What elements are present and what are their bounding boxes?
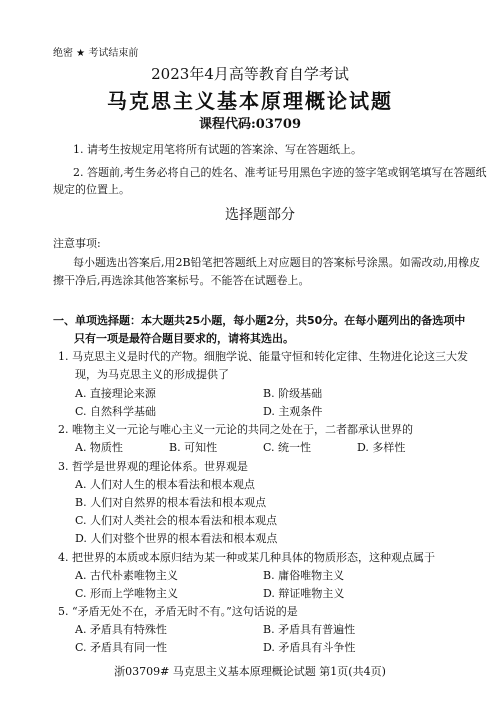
question-5-option-a: A. 矛盾具有特殊性 (75, 621, 167, 637)
question-5-option-c: C. 矛盾具有同一性 (75, 639, 167, 655)
question-5-option-d: D. 矛盾具有斗争性 (263, 639, 355, 655)
question-4-option-a: A. 古代朴素唯物主义 (75, 567, 178, 583)
question-1-option-d: D. 主观条件 (263, 403, 322, 419)
question-3-option-c: C. 人们对人类社会的根本看法和根本观点 (75, 512, 277, 528)
question-2-option-d: D. 多样性 (357, 439, 405, 455)
question-1-option-b: B. 阶级基础 (263, 385, 322, 401)
question-1-option-c: C. 自然科学基础 (75, 403, 156, 419)
paper-title: 马克思主义基本原理概论试题 (0, 85, 500, 114)
question-1-stem: 1. 马克思主义是时代的产物。细胞学说、能量守恒和转化定律、生物进化论这三大发 (58, 348, 468, 364)
question-2-stem: 2. 唯物主义一元论与唯心主义一元论的共同之处在于，二者都承认世界的 (58, 421, 413, 437)
question-3-option-d: D. 人们对整个世界的根本看法和根本观点 (75, 530, 277, 546)
question-2-option-c: C. 统一性 (263, 439, 311, 455)
section-title: 选择题部分 (0, 204, 500, 224)
question-4-option-b: B. 庸俗唯物主义 (263, 567, 344, 583)
question-5-stem: 5. “矛盾无处不在，矛盾无时不有。”这句话说的是 (58, 603, 298, 619)
instruction-1: 1. 请考生按规定用笔将所有试题的答案涂、写在答题纸上。 (73, 141, 362, 157)
question-3-option-a: A. 人们对人生的根本看法和根本观点 (75, 476, 255, 492)
question-5-option-b: B. 矛盾具有普遍性 (263, 621, 355, 637)
part1-heading-1: 一、单项选择题：本大题共25小题，每小题2分，共50分。在每小题列出的备选项中 (53, 312, 465, 328)
question-3-option-b: B. 人们对自然界的根本看法和根本观点 (75, 494, 266, 510)
question-1-option-a: A. 直接理论来源 (75, 385, 156, 401)
part1-heading-2: 只有一项是最符合题目要求的，请将其选出。 (74, 330, 294, 346)
question-2-option-b: B. 可知性 (169, 439, 217, 455)
question-1-stem-cont: 现，为马克思主义的形成提供了 (75, 366, 229, 382)
page-footer: 浙03709# 马克思主义基本原理概论试题 第1页(共4页) (0, 663, 500, 679)
exam-title: 2023年4月高等教育自学考试 (0, 63, 500, 84)
question-4-option-d: D. 辩证唯物主义 (263, 585, 344, 601)
question-2-option-a: A. 物质性 (75, 439, 123, 455)
notice-label: 注意事项: (53, 235, 101, 251)
notice-line-1: 每小题选出答案后,用2B铅笔把答题纸上对应题目的答案标号涂黑。如需改动,用橡皮 (73, 254, 480, 270)
instruction-2: 2. 答题前,考生务必将自己的姓名、准考证号用黑色字迹的签字笔或钢笔填写在答题纸 (73, 164, 487, 180)
question-3-stem: 3. 哲学是世界观的理论体系。世界观是 (58, 458, 248, 474)
course-code: 课程代码:03709 (0, 113, 500, 132)
confidential-label: 绝密 ★ 考试结束前 (53, 44, 138, 59)
question-4-stem: 4. 把世界的本质或本原归结为某一种或某几种具体的物质形态，这种观点属于 (58, 549, 435, 565)
question-4-option-c: C. 形而上学唯物主义 (75, 585, 178, 601)
instruction-2-cont: 规定的位置上。 (53, 181, 130, 197)
notice-line-2: 擦干净后,再选涂其他答案标号。不能答在试题卷上。 (53, 272, 310, 288)
